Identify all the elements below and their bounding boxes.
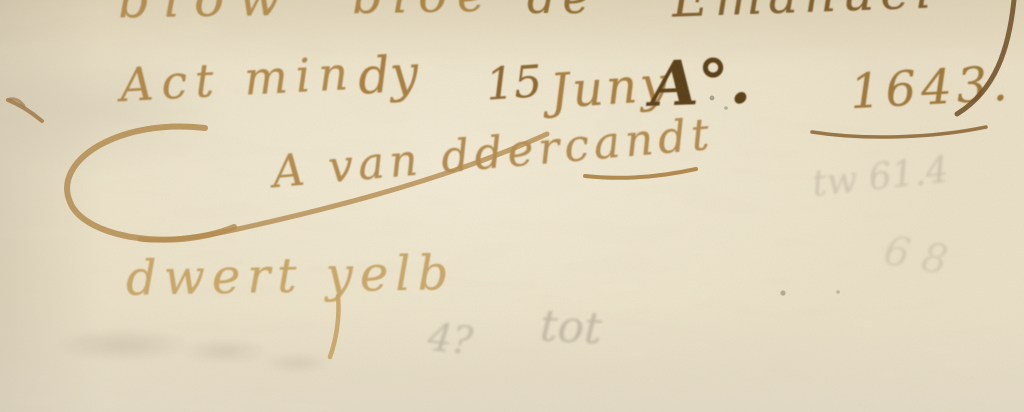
manuscript-page: blow bloe de Emanuel Act min dy 15 Juny … <box>0 0 1024 412</box>
handwritten-signature: A van ddercandt <box>271 113 716 195</box>
handwritten-number: 15 <box>485 60 544 108</box>
showthrough-descender-stroke <box>330 296 339 357</box>
year-underline-stroke <box>812 127 986 137</box>
ink-speck <box>780 290 785 295</box>
ink-smudge <box>52 328 192 362</box>
faint-showthrough-mark: tw 61.4 <box>810 153 950 203</box>
faint-showthrough-mark: 6 8 <box>881 231 951 281</box>
handwritten-anno-abbreviation: A°. <box>649 50 752 115</box>
handwritten-showthrough-word: dwert yelb <box>126 249 456 303</box>
signature-trailing-stroke <box>585 169 696 178</box>
handwritten-word: de <box>527 0 596 20</box>
handwritten-year: 1643. <box>849 60 1014 116</box>
handwritten-word: blow <box>118 0 296 26</box>
ink-smudge <box>180 338 270 364</box>
ink-smudge <box>262 352 332 374</box>
handwritten-word: Act min <box>119 50 357 108</box>
ink-speck <box>836 290 840 294</box>
handwritten-word: Emanuel <box>671 0 938 25</box>
handwritten-word: dy <box>356 48 420 102</box>
faint-showthrough-mark: 4? <box>426 318 474 360</box>
handwritten-word: bloe <box>352 0 496 21</box>
faint-showthrough-mark: tot <box>539 304 603 351</box>
